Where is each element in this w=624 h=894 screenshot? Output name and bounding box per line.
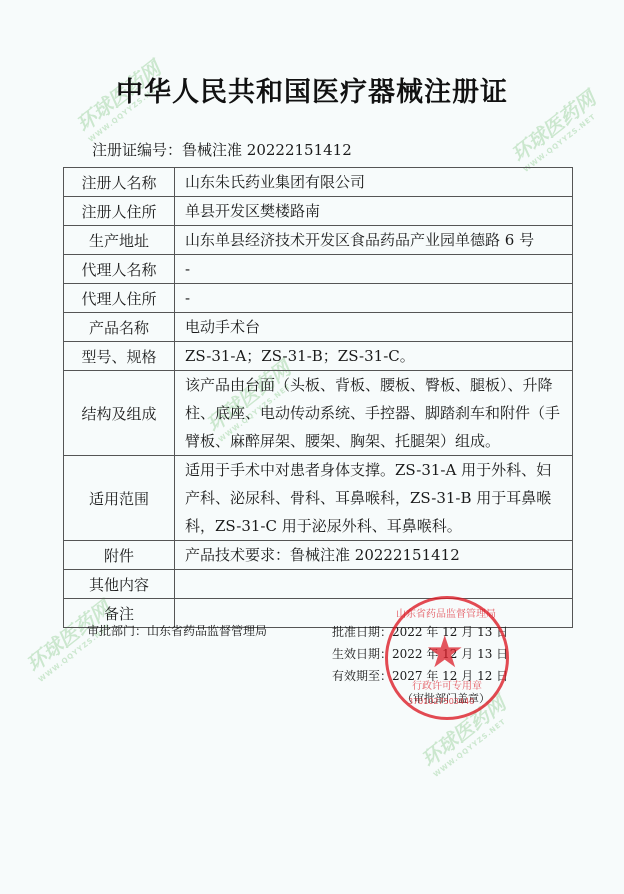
effective-date: 生效日期：2022 年 12 月 13 日	[332, 643, 508, 665]
row-label: 生产地址	[64, 226, 175, 255]
table-row: 生产地址山东单县经济技术开发区食品药品产业园单德路 6 号	[64, 226, 573, 255]
expiry-date: 有效期至：2027 年 12 月 12 日	[332, 665, 508, 687]
row-value: 适用于手术中对患者身体支撑。ZS-31-A 用于外科、妇产科、泌尿科、骨科、耳鼻…	[175, 456, 573, 541]
row-value: -	[175, 255, 573, 284]
table-row: 注册人住所单县开发区樊楼路南	[64, 197, 573, 226]
registration-number-value: 鲁械注准 20222151412	[182, 141, 352, 159]
row-value: -	[175, 284, 573, 313]
approval-department: 审批部门：山东省药品监督管理局	[87, 622, 267, 639]
table-row: 代理人住所-	[64, 284, 573, 313]
table-row: 注册人名称山东朱氏药业集团有限公司	[64, 168, 573, 197]
row-label: 其他内容	[64, 570, 175, 599]
table-row: 结构及组成该产品由台面（头板、背板、腰板、臀板、腿板）、升降柱、底座、电动传动系…	[64, 371, 573, 456]
certificate-table: 注册人名称山东朱氏药业集团有限公司 注册人住所单县开发区樊楼路南 生产地址山东单…	[63, 167, 573, 628]
row-value: 电动手术台	[175, 313, 573, 342]
date-block: 批准日期：2022 年 12 月 13 日 生效日期：2022 年 12 月 1…	[332, 621, 508, 687]
row-value: ZS-31-A；ZS-31-B；ZS-31-C。	[175, 342, 573, 371]
document-title: 中华人民共和国医疗器械注册证	[0, 70, 624, 109]
table-row: 产品名称电动手术台	[64, 313, 573, 342]
row-label: 适用范围	[64, 456, 175, 541]
row-label: 代理人名称	[64, 255, 175, 284]
table-row: 型号、规格ZS-31-A；ZS-31-B；ZS-31-C。	[64, 342, 573, 371]
row-label: 型号、规格	[64, 342, 175, 371]
row-label: 注册人名称	[64, 168, 175, 197]
row-label: 结构及组成	[64, 371, 175, 456]
approval-date: 批准日期：2022 年 12 月 13 日	[332, 621, 508, 643]
row-label: 附件	[64, 541, 175, 570]
table-row: 代理人名称-	[64, 255, 573, 284]
row-value: 山东单县经济技术开发区食品药品产业园单德路 6 号	[175, 226, 573, 255]
row-value: 山东朱氏药业集团有限公司	[175, 168, 573, 197]
registration-number: 注册证编号：鲁械注准 20222151412	[92, 139, 352, 160]
row-label: 注册人住所	[64, 197, 175, 226]
registration-number-label: 注册证编号：	[92, 141, 182, 159]
seal-note: （审批部门盖章）	[402, 690, 490, 706]
row-label: 产品名称	[64, 313, 175, 342]
row-value: 产品技术要求：鲁械注准 20222151412	[175, 541, 573, 570]
row-value	[175, 570, 573, 599]
table-row: 附件产品技术要求：鲁械注准 20222151412	[64, 541, 573, 570]
row-value: 该产品由台面（头板、背板、腰板、臀板、腿板）、升降柱、底座、电动传动系统、手控器…	[175, 371, 573, 456]
table-row: 其他内容	[64, 570, 573, 599]
row-label: 代理人住所	[64, 284, 175, 313]
row-value: 单县开发区樊楼路南	[175, 197, 573, 226]
table-row: 适用范围适用于手术中对患者身体支撑。ZS-31-A 用于外科、妇产科、泌尿科、骨…	[64, 456, 573, 541]
